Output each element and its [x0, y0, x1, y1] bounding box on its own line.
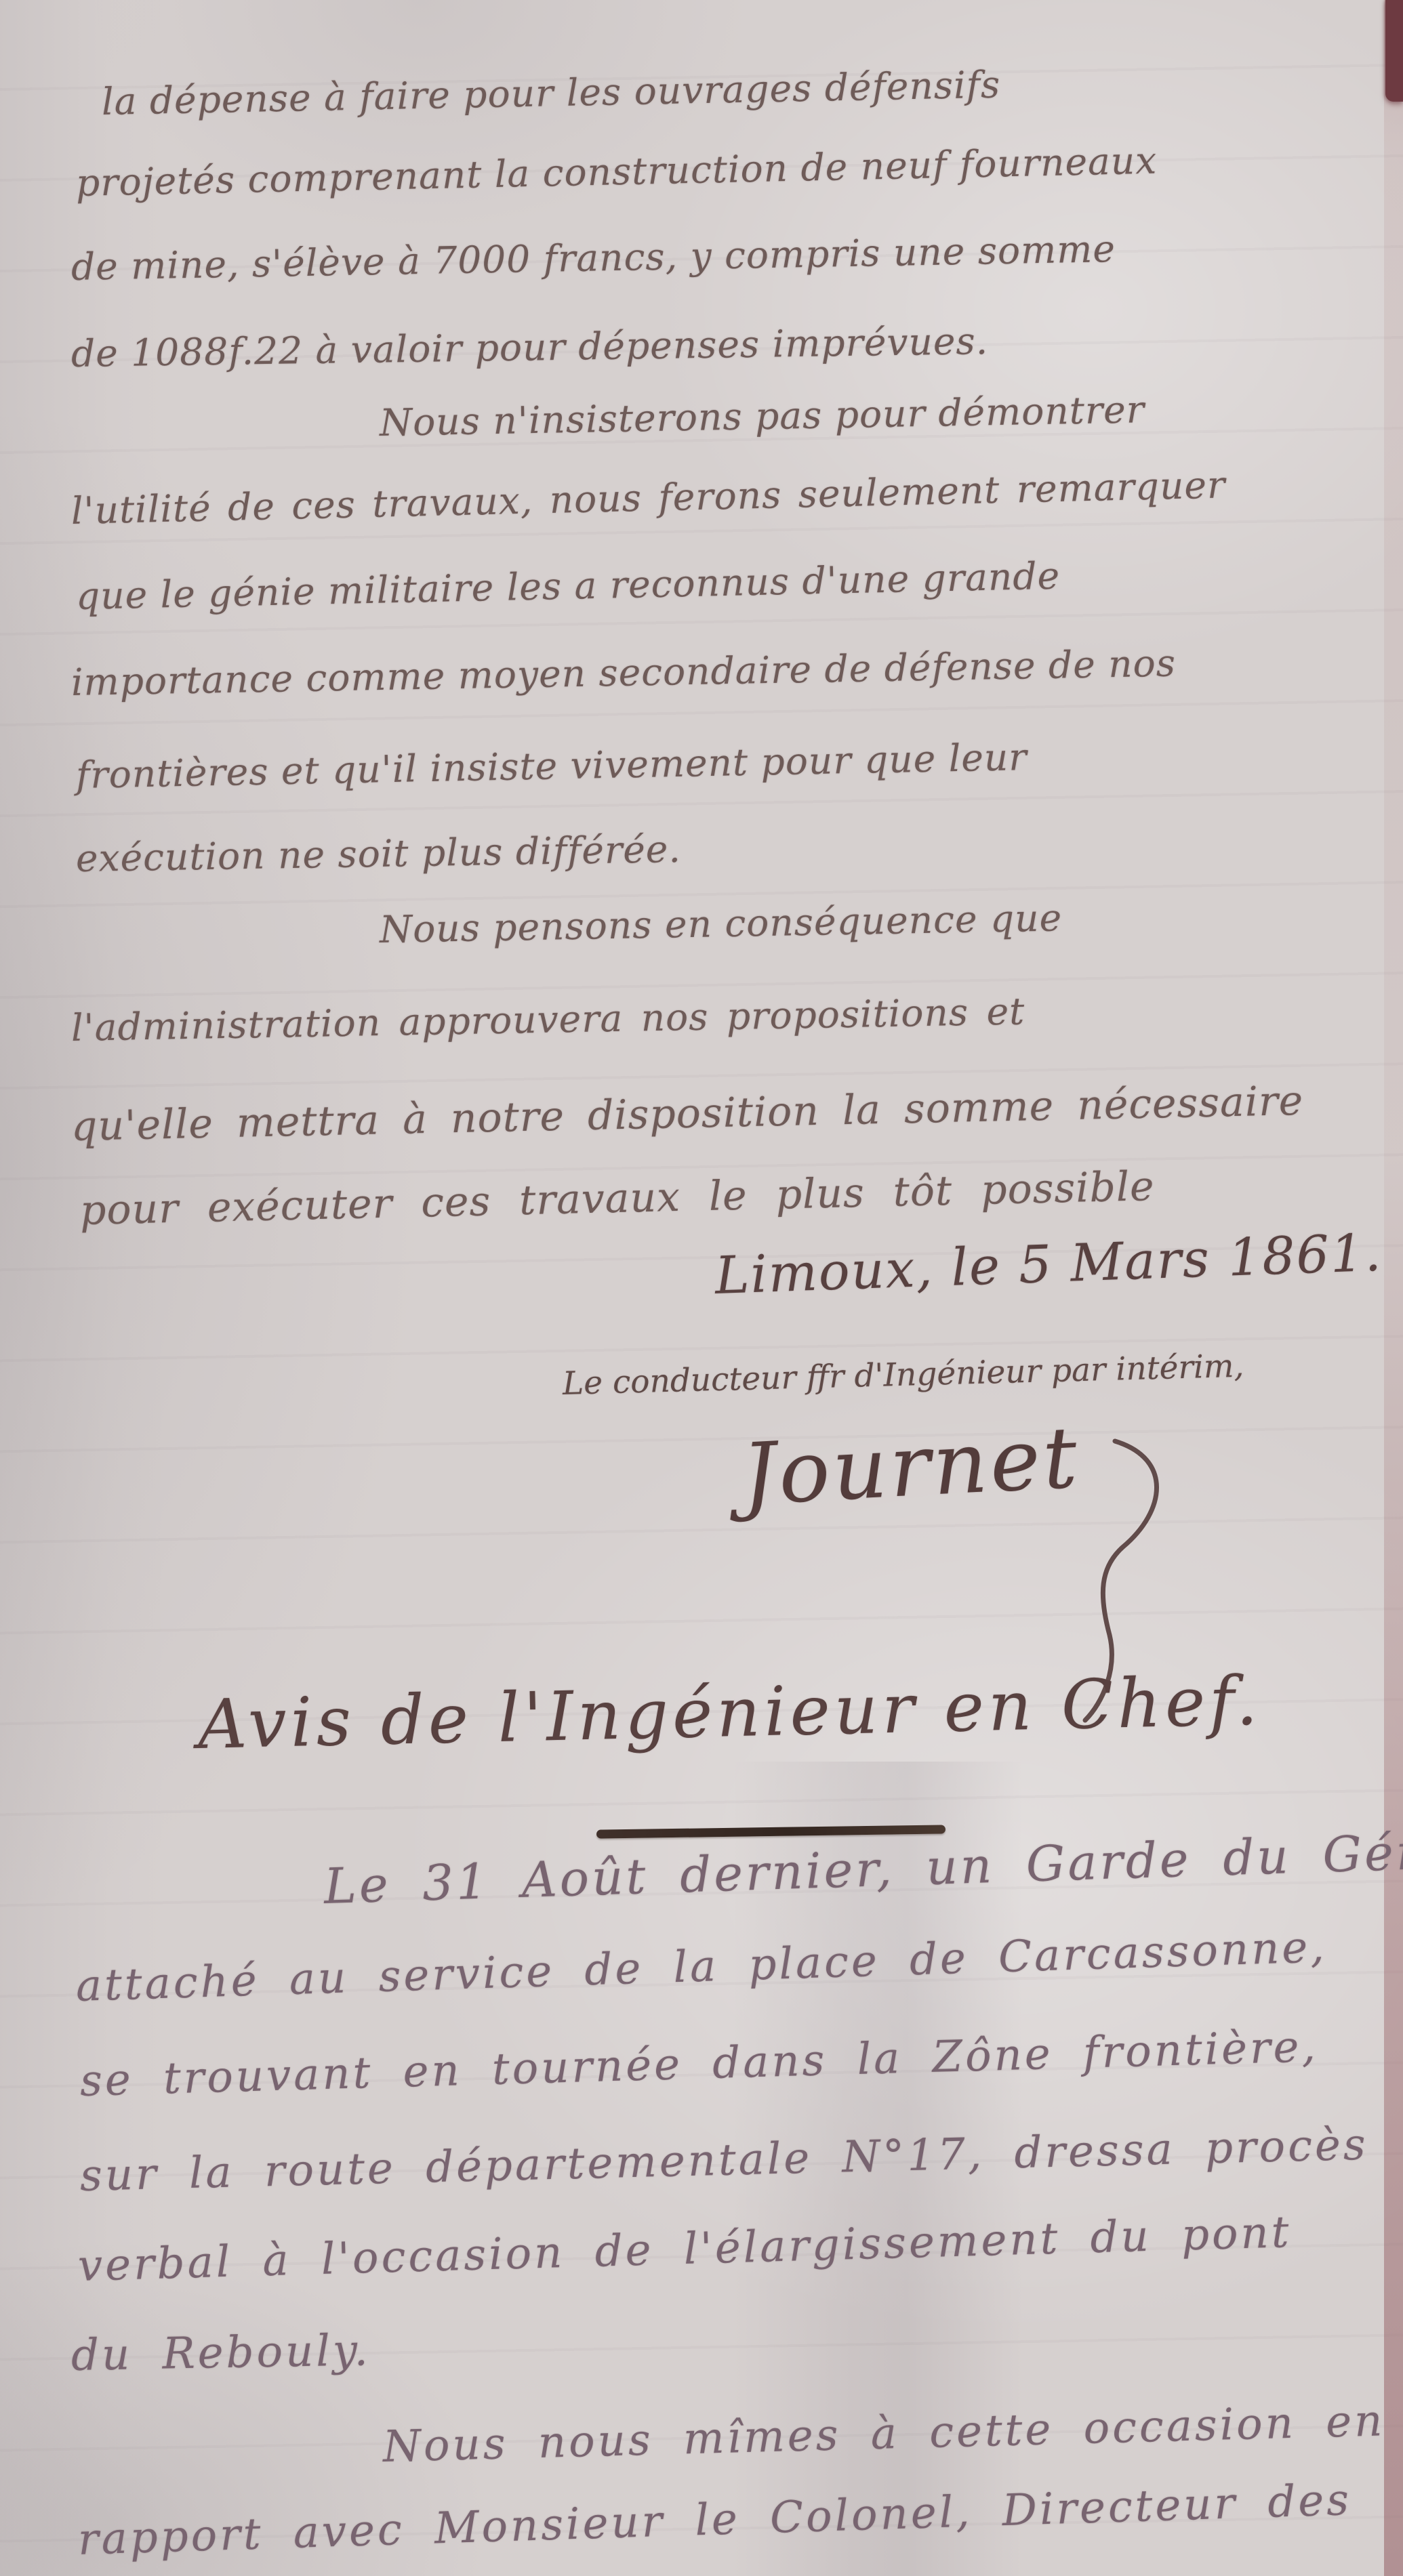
- avis-line: attaché au service de la place de Carcas…: [75, 1922, 1328, 2012]
- heading-divider: [596, 1825, 945, 1838]
- signer-title: Le conducteur ffr d'Ingénieur par intéri…: [562, 1348, 1244, 1403]
- letter-line: de 1088f.22 à valoir pour dépenses impré…: [71, 319, 989, 375]
- page-edge-maroon-top: [1385, 0, 1403, 102]
- avis-line: rapport avec Monsieur le Colonel, Direct…: [77, 2475, 1352, 2565]
- letter-line: frontières et qu'il insiste vivement pou…: [75, 735, 1028, 797]
- letter-line: pour exécuter ces travaux le plus tôt po…: [79, 1163, 1155, 1234]
- letter-line: exécution ne soit plus différée.: [75, 827, 681, 880]
- manuscript-page: la dépense à faire pour les ouvrages déf…: [0, 0, 1403, 2576]
- letter-line: de mine, s'élève à 7000 francs, y compri…: [70, 227, 1116, 289]
- letter-line: Nous pensons en conséquence que: [379, 896, 1062, 951]
- letter-line: projetés comprenant la construction de n…: [75, 139, 1158, 205]
- letter-line: Nous n'insisterons pas pour démontrer: [379, 388, 1145, 444]
- letter-line: la dépense à faire pour les ouvrages déf…: [101, 63, 1000, 123]
- dateline: Limoux, le 5 Mars 1861.: [714, 1222, 1383, 1306]
- letter-line: importance comme moyen secondaire de déf…: [70, 642, 1176, 704]
- page-edge-right: [1384, 0, 1403, 2576]
- avis-line: sur la route départementale N°17, dressa…: [79, 2120, 1368, 2201]
- avis-line: verbal à l'occasion de l'élargissement d…: [77, 2207, 1292, 2291]
- avis-line: du Rebouly.: [70, 2325, 371, 2381]
- avis-heading: Avis de l'Ingénieur en Chef.: [197, 1661, 1263, 1764]
- avis-line: Le 31 Août dernier, un Garde du Génie,: [323, 1821, 1403, 1915]
- signature: Journet: [739, 1409, 1082, 1524]
- letter-line: l'administration approuvera nos proposit…: [70, 989, 1025, 1050]
- avis-line: Nous nous mîmes à cette occasion en: [382, 2396, 1385, 2472]
- letter-line: qu'elle mettra à notre disposition la so…: [70, 1077, 1304, 1150]
- letter-line: l'utilité de ces travaux, nous ferons se…: [70, 463, 1226, 533]
- letter-line: que le génie militaire les a reconnus d'…: [75, 554, 1060, 618]
- avis-line: se trouvant en tournée dans la Zône fron…: [79, 2022, 1319, 2106]
